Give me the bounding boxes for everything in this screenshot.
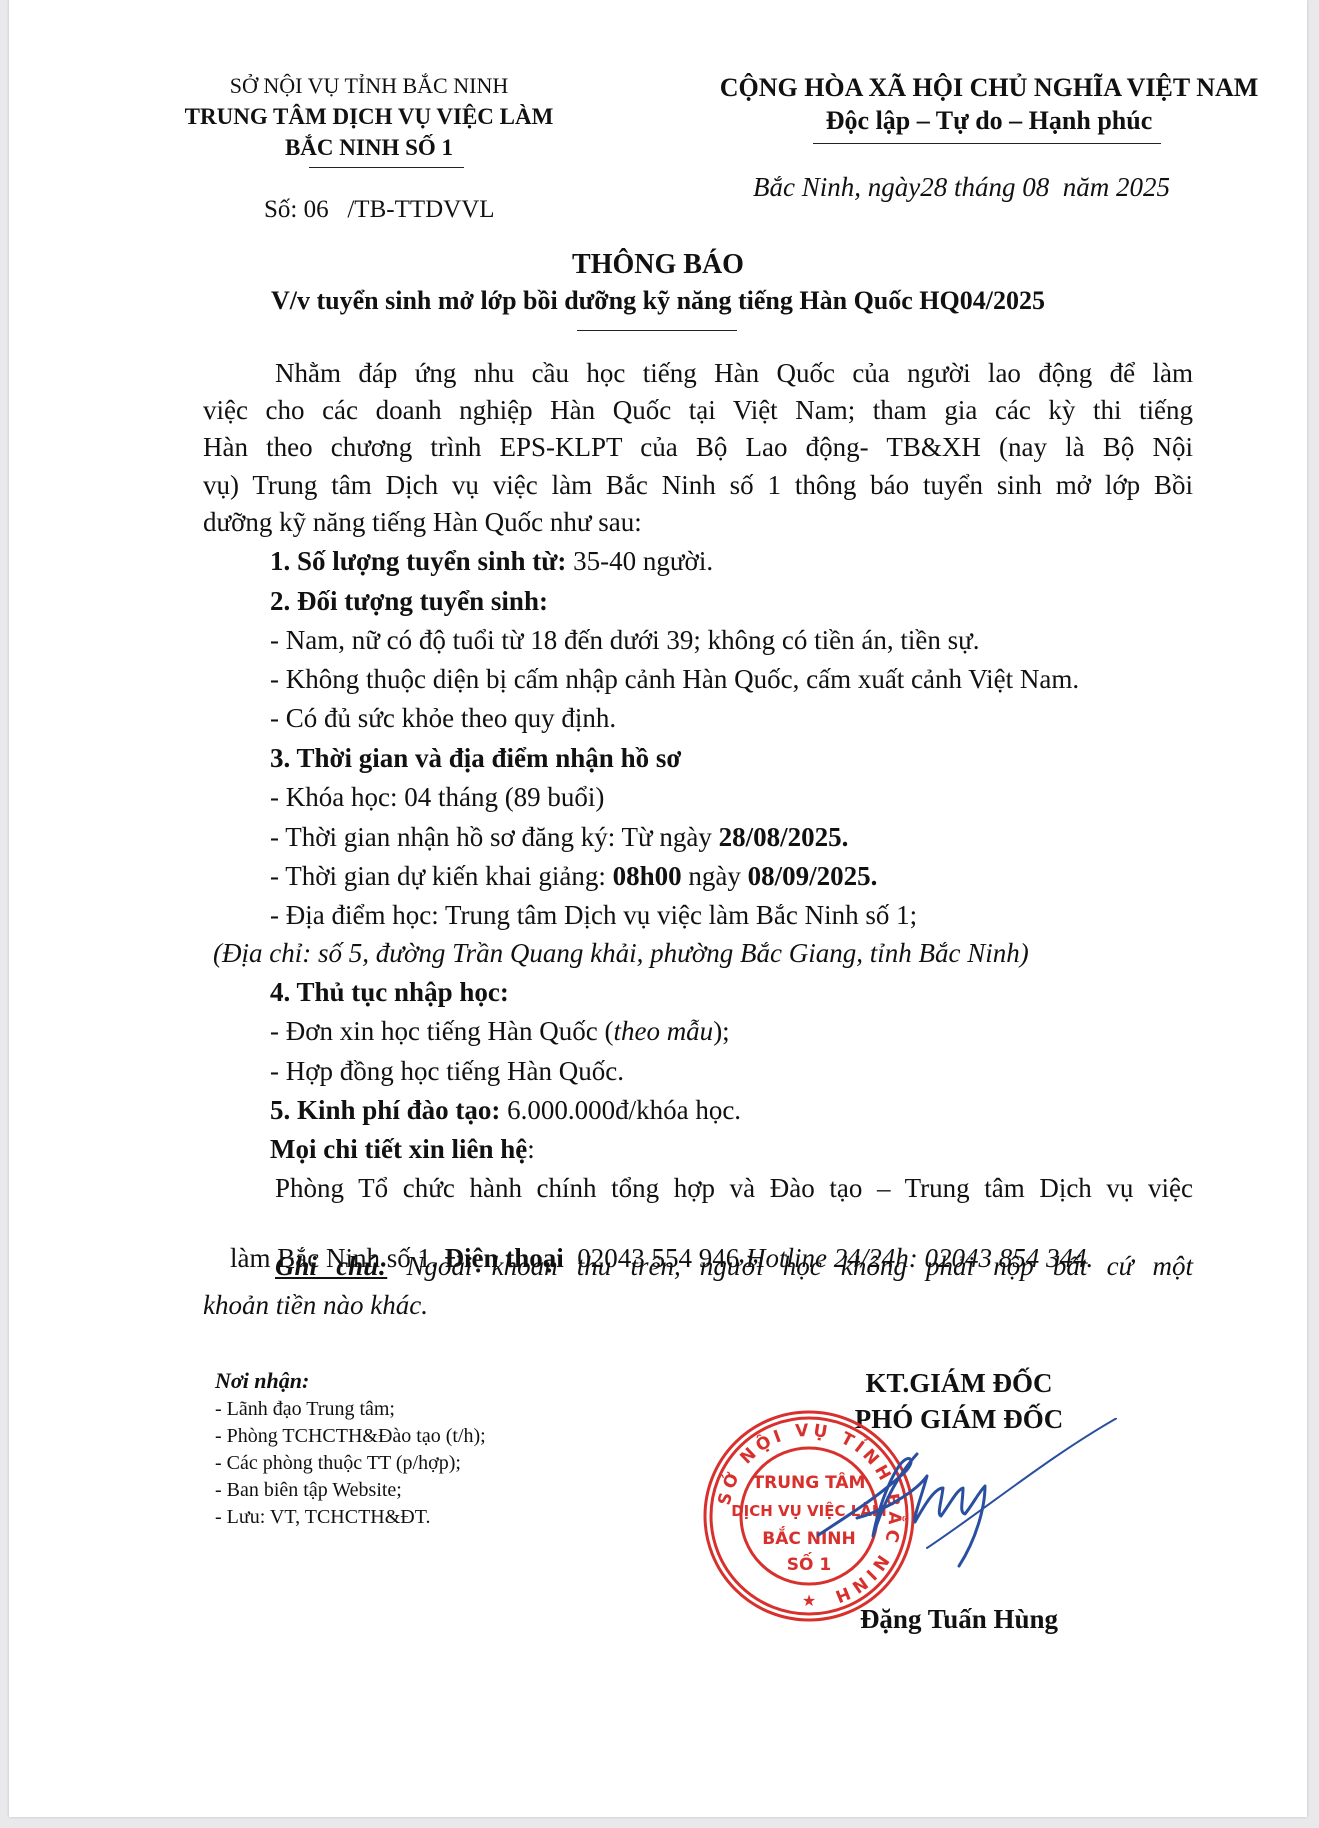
- section-1: 1. Số lượng tuyển sinh từ: 35-40 người.: [270, 546, 713, 577]
- motto-underline: [813, 143, 1161, 144]
- section-4-label: 4. Thủ tục nhập học:: [270, 977, 509, 1008]
- fee-value: 6.000.000đ/khóa học.: [500, 1095, 741, 1125]
- handwritten-signature-icon: [817, 1418, 1117, 1568]
- section-2-item: - Nam, nữ có độ tuổi từ 18 đến dưới 39; …: [270, 625, 979, 656]
- recipient-item: - Ban biên tập Website;: [215, 1479, 402, 1502]
- agency-underline: [309, 167, 464, 168]
- fee-label: 5. Kinh phí đào tạo:: [270, 1095, 500, 1125]
- section-2-label: 2. Đối tượng tuyển sinh:: [270, 586, 548, 617]
- section-4-item: - Hợp đồng học tiếng Hàn Quốc.: [270, 1056, 624, 1087]
- national-motto: Độc lập – Tự do – Hạnh phúc: [669, 106, 1309, 136]
- subject-underline: [577, 330, 737, 331]
- place-date: Bắc Ninh, ngày28 tháng 08 năm 2025: [753, 172, 1170, 203]
- section-1-value: 35-40 người.: [566, 546, 713, 576]
- intro-line: dưỡng kỹ năng tiếng Hàn Quốc như sau:: [203, 507, 642, 538]
- course-duration: - Khóa học: 04 tháng (89 buổi): [270, 782, 604, 813]
- document-number: Số: 06 /TB-TTDVVL: [264, 196, 495, 224]
- application-form-suffix: );: [713, 1016, 730, 1046]
- intro-line: Hàn theo chương trình EPS-KLPT của Bộ La…: [203, 432, 1193, 463]
- contact-heading: Mọi chi tiết xin liên hệ:: [270, 1134, 535, 1165]
- signer-name: Đặng Tuấn Hùng: [789, 1604, 1129, 1635]
- section-4-item: - Đơn xin học tiếng Hàn Quốc (theo mẫu);: [270, 1016, 730, 1047]
- contact-label: Mọi chi tiết xin liên hệ: [270, 1134, 527, 1164]
- registration-date: 28/08/2025.: [719, 822, 849, 852]
- opening-date: 08/09/2025.: [748, 861, 878, 891]
- recipients-title: Nơi nhận:: [215, 1368, 309, 1394]
- study-address: (Địa chỉ: số 5, đường Trần Quang khải, p…: [213, 938, 1029, 969]
- section-5: 5. Kinh phí đào tạo: 6.000.000đ/khóa học…: [270, 1095, 741, 1126]
- opening-hour: 08h00: [613, 861, 682, 891]
- note-label: Ghi chú:: [275, 1251, 387, 1281]
- section-3-label: 3. Thời gian và địa điểm nhận hồ sơ: [270, 743, 681, 774]
- recipient-item: - Các phòng thuộc TT (p/hợp);: [215, 1452, 461, 1475]
- agency-parent: SỞ NỘI VỤ TỈNH BẮC NINH: [149, 73, 589, 99]
- section-2-item: - Không thuộc diện bị cấm nhập cảnh Hàn …: [270, 664, 1079, 695]
- note-text: Ngoài khoản thu trên, người học không ph…: [387, 1251, 1193, 1281]
- note-line: Ghi chú: Ngoài khoản thu trên, người học…: [275, 1251, 1193, 1282]
- recipient-item: - Lãnh đạo Trung tâm;: [215, 1398, 395, 1421]
- signer-title: KT.GIÁM ĐỐC: [789, 1368, 1129, 1399]
- document-page: SỞ NỘI VỤ TỈNH BẮC NINH TRUNG TÂM DỊCH V…: [9, 0, 1307, 1817]
- note-line: khoản tiền nào khác.: [203, 1290, 428, 1321]
- opening-mid: ngày: [682, 861, 748, 891]
- recipient-item: - Lưu: VT, TCHCTH&ĐT.: [215, 1506, 430, 1529]
- intro-line: vụ) Trung tâm Dịch vụ việc làm Bắc Ninh …: [203, 470, 1193, 501]
- application-form-label: - Đơn xin học tiếng Hàn Quốc (: [270, 1016, 613, 1046]
- intro-line: Nhằm đáp ứng nhu cầu học tiếng Hàn Quốc …: [275, 358, 1193, 389]
- intro-line: việc cho các doanh nghiệp Hàn Quốc tại V…: [203, 395, 1193, 426]
- registration-period: - Thời gian nhận hồ sơ đăng ký: Từ ngày …: [270, 822, 848, 853]
- agency-name-line1: TRUNG TÂM DỊCH VỤ VIỆC LÀM: [149, 104, 589, 130]
- section-2-item: - Có đủ sức khỏe theo quy định.: [270, 703, 616, 734]
- document-subject: V/v tuyển sinh mở lớp bồi dưỡng kỹ năng …: [9, 286, 1307, 316]
- nation-title: CỘNG HÒA XÃ HỘI CHỦ NGHĨA VIỆT NAM: [669, 73, 1309, 103]
- agency-name-line2: BẮC NINH SỐ 1: [149, 135, 589, 161]
- contact-line: Phòng Tổ chức hành chính tổng hợp và Đào…: [275, 1173, 1193, 1204]
- document-title: THÔNG BÁO: [9, 249, 1307, 281]
- section-1-label: 1. Số lượng tuyển sinh từ:: [270, 546, 566, 576]
- opening-time: - Thời gian dự kiến khai giảng: 08h00 ng…: [270, 861, 877, 892]
- recipient-item: - Phòng TCHCTH&Đào tạo (t/h);: [215, 1425, 486, 1448]
- opening-label: - Thời gian dự kiến khai giảng:: [270, 861, 613, 891]
- contact-colon: :: [527, 1134, 535, 1164]
- registration-label: - Thời gian nhận hồ sơ đăng ký: Từ ngày: [270, 822, 719, 852]
- application-form-note: theo mẫu: [613, 1016, 713, 1046]
- study-location: - Địa điểm học: Trung tâm Dịch vụ việc l…: [270, 900, 917, 931]
